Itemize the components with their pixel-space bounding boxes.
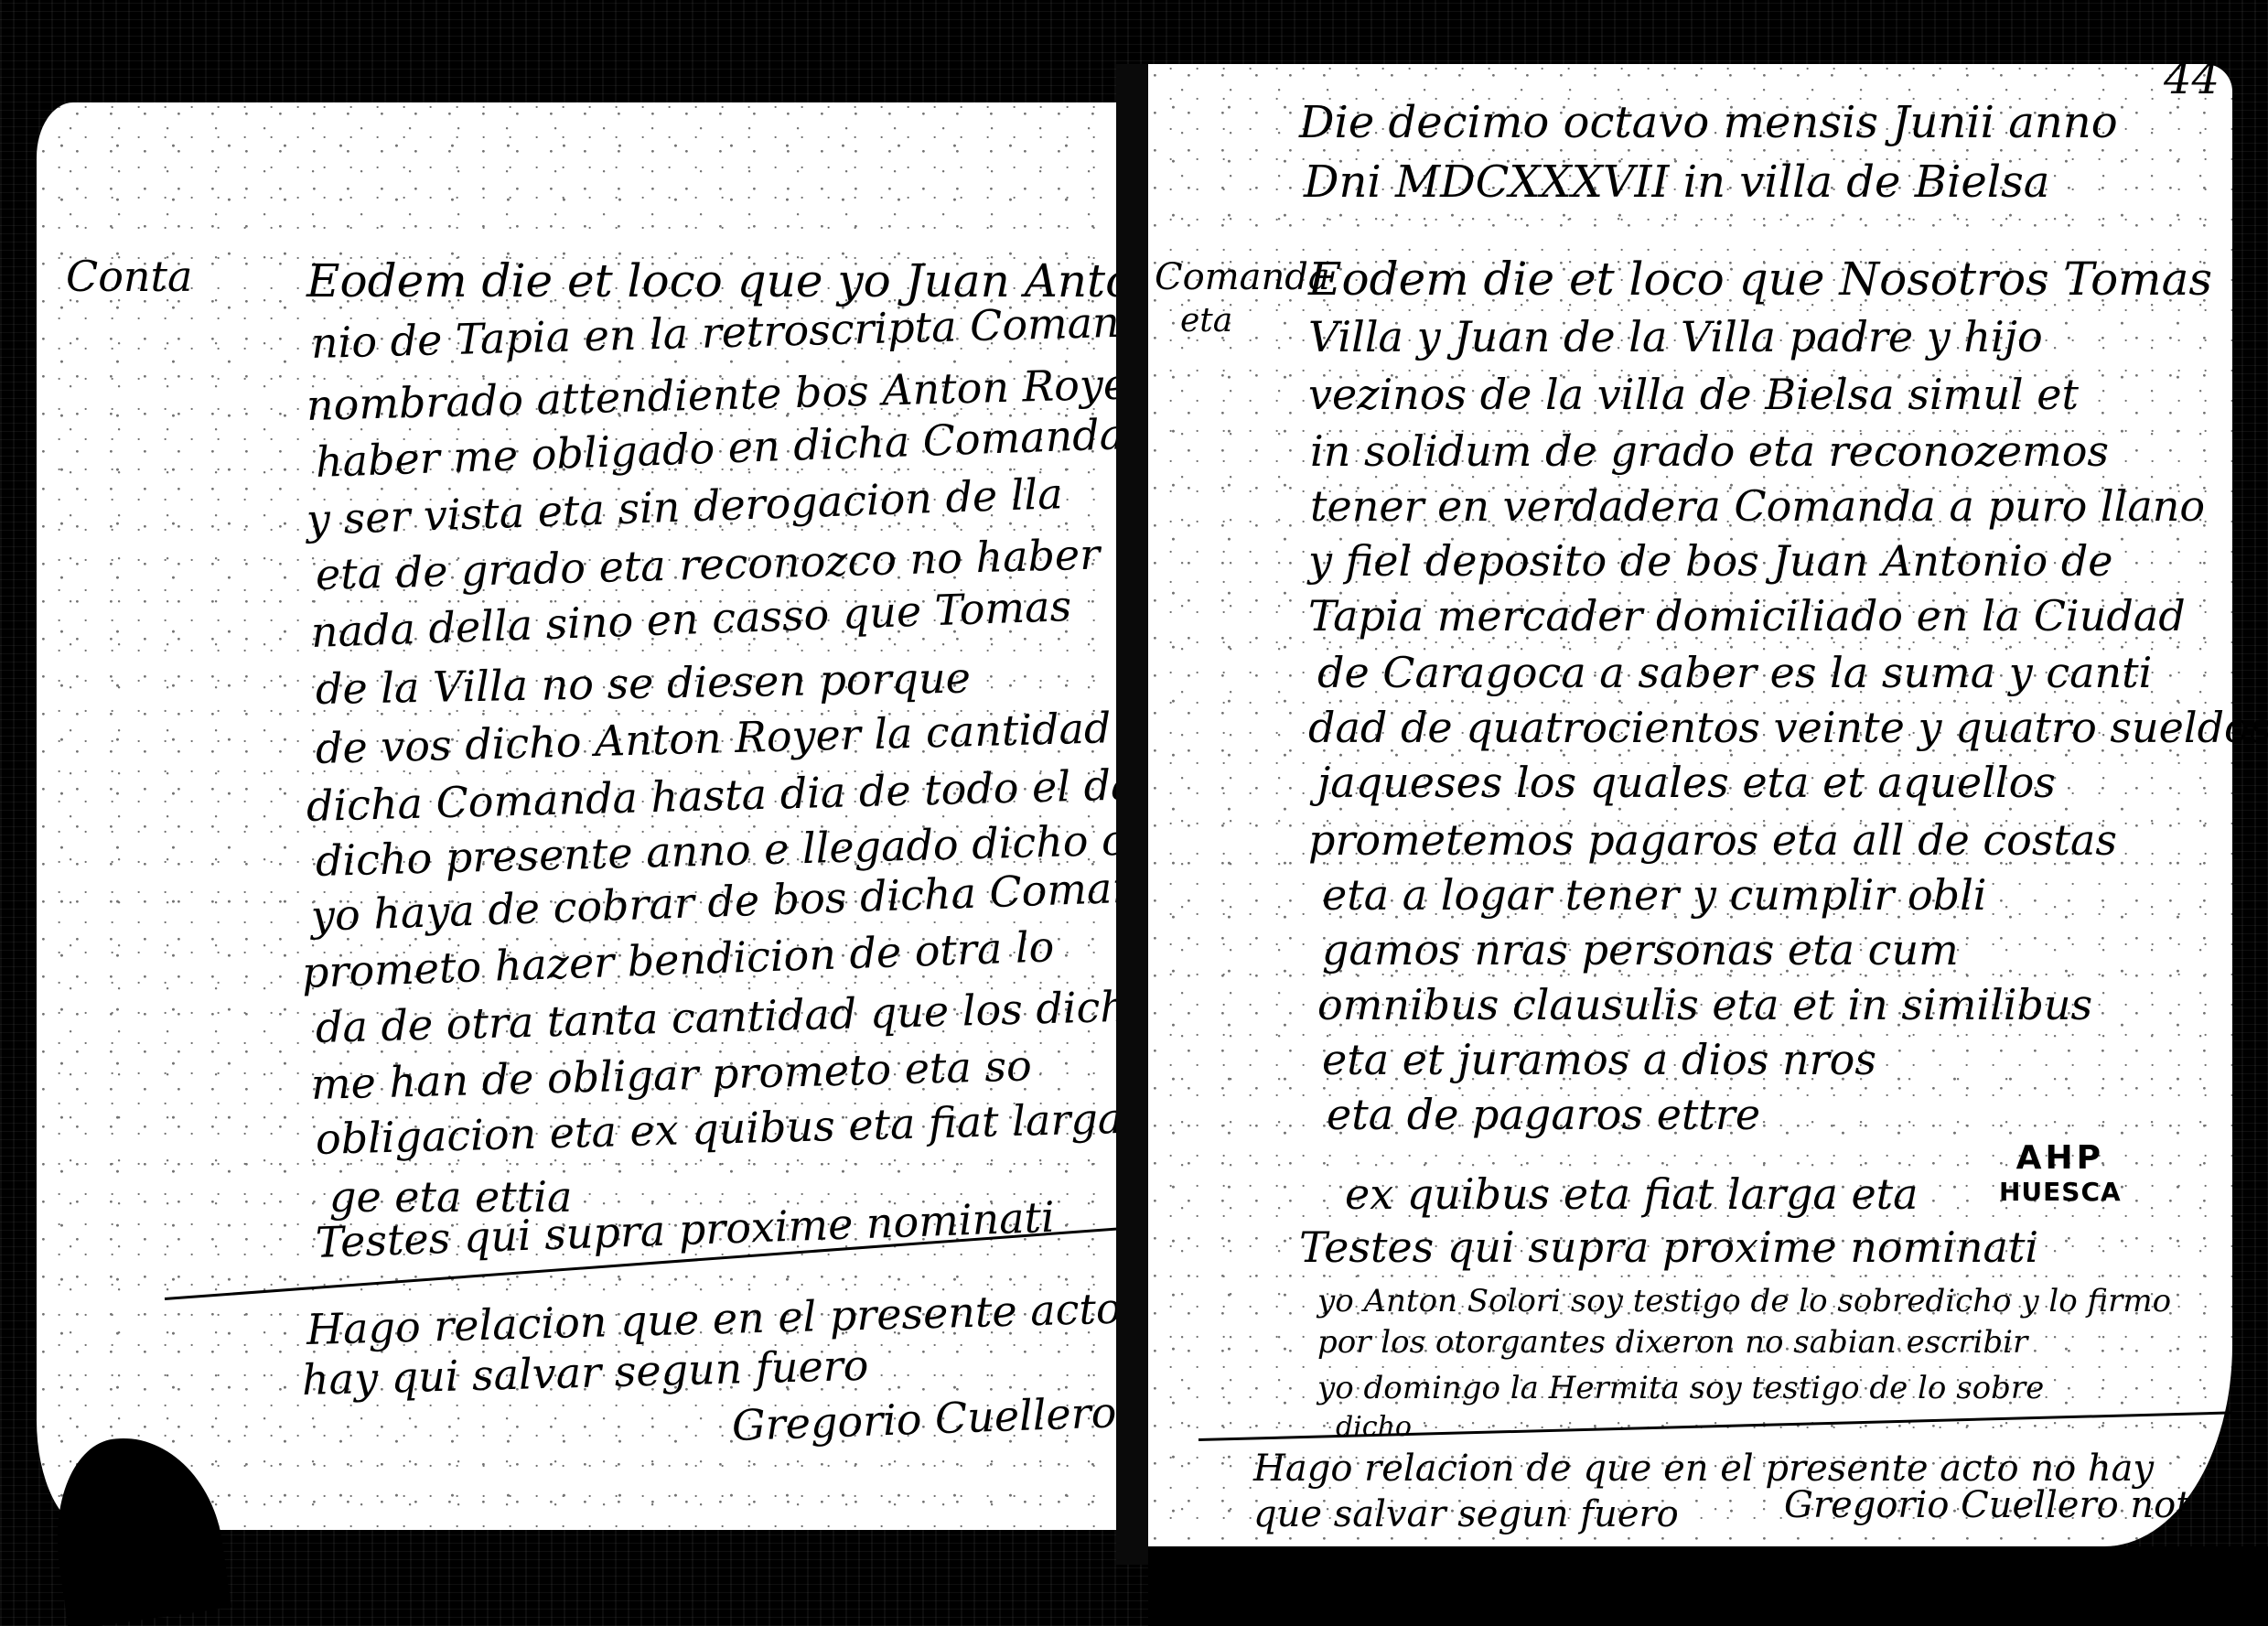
text-line: tener en verdadera Comanda a puro llano xyxy=(1310,485,2205,527)
text-line: eta et juramos a dios nros xyxy=(1322,1039,1876,1081)
right-margin-note: Comanda xyxy=(1155,256,1330,298)
date-header-line: Dni MDCXXXVII in villa de Bielsa xyxy=(1304,160,2049,204)
bottom-shadow xyxy=(1148,1546,2268,1626)
text-line: eta de pagaros ettre xyxy=(1327,1093,1760,1136)
stamp-abbreviation: AHP xyxy=(1999,1139,2122,1177)
stamp-city: HUESCA xyxy=(1999,1177,2122,1207)
right-margin-note-2: eta xyxy=(1180,302,1232,339)
text-line: dad de quatrocientos veinte y quatro sue… xyxy=(1308,706,2268,748)
text-line: in solidum de grado eta reconozemos xyxy=(1310,430,2109,472)
text-line: prometemos pagaros eta all de costas xyxy=(1308,819,2117,861)
folio-number: 44 xyxy=(2164,53,2220,104)
text-line: jaqueses los quales eta et aquellos xyxy=(1317,761,2056,803)
relacion-line: que salvar segun fuero xyxy=(1253,1496,1679,1533)
text-line: vezinos de la villa de Bielsa simul et xyxy=(1308,373,2079,415)
text-line: Testes qui supra proxime nominati xyxy=(1299,1226,2038,1268)
witness-line: por los otorgantes dixeron no sabian esc… xyxy=(1317,1327,2027,1358)
text-line: y fiel deposito de bos Juan Antonio de xyxy=(1308,540,2113,582)
relacion-line: Hago relacion de que en el presente acto… xyxy=(1253,1450,2154,1487)
text-line: de la Villa no se diesen porque xyxy=(316,657,972,710)
text-line: gamos nras personas eta cum xyxy=(1322,929,1959,971)
text-line: Eodem die et loco que Nosotros Tomas xyxy=(1308,256,2212,302)
notary-signature-right: Gregorio Cuellero not. xyxy=(1784,1487,2202,1524)
witness-line: yo Anton Solori soy testigo de lo sobred… xyxy=(1317,1286,2171,1317)
text-line: Tapia mercader domiciliado en la Ciudad xyxy=(1308,595,2186,637)
text-line: ex quibus eta fiat larga eta xyxy=(1345,1173,1919,1215)
text-line: Eodem die et loco que yo Juan Anto xyxy=(306,258,1133,304)
archive-stamp: AHP HUESCA xyxy=(1999,1139,2122,1207)
text-line: omnibus clausulis eta et in similibus xyxy=(1317,984,2092,1026)
book-spine xyxy=(1116,64,1148,1565)
left-margin-note: Conta xyxy=(66,252,192,301)
witness-line: yo domingo la Hermita soy testigo de lo … xyxy=(1317,1373,2044,1404)
text-line: de Caragoca a saber es la suma y canti xyxy=(1317,651,2152,694)
text-line: Villa y Juan de la Villa padre y hijo xyxy=(1308,316,2043,358)
date-header-line: Die decimo octavo mensis Junii anno xyxy=(1299,101,2118,145)
text-line: eta a logar tener y cumplir obli xyxy=(1322,874,1987,916)
